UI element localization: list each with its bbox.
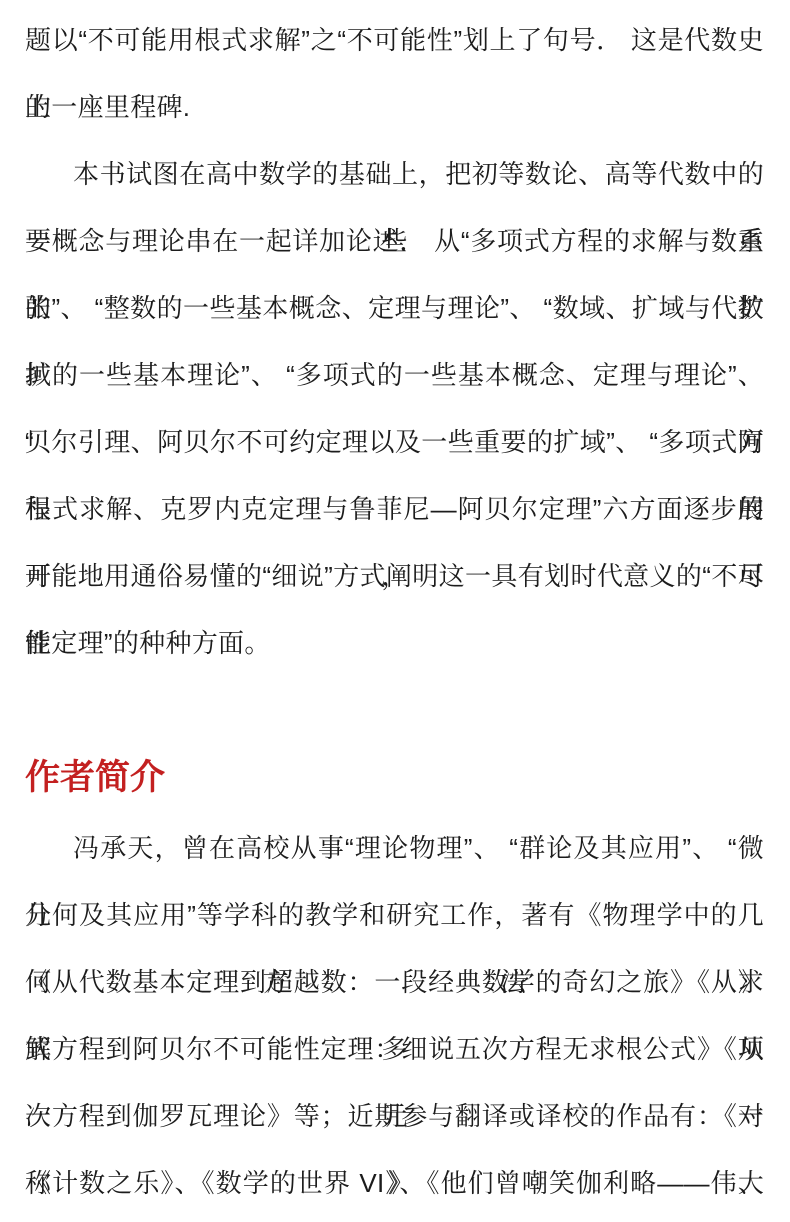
section-heading-author-intro: 作者简介	[25, 753, 764, 803]
body-text-line: 几何及其应用”等学科的教学和研究工作，著有《物理学中的几何方法》	[25, 882, 764, 949]
paragraph-author-bio: 冯承天，曾在高校从事“理论物理”、 “群论及其应用”、 “微分 几何及其应用”等…	[25, 815, 764, 1217]
body-text-line: 要概念与理论串在一起详加论述． 从“多项式方程的求解与数系的扩	[25, 208, 764, 275]
body-text-line: 《计数之乐》、《数学的世界 VI》、《他们曾嘲笑伽利略——伟大的	[25, 1150, 764, 1217]
body-text-line: 性定理”的种种方面。	[25, 610, 764, 677]
body-text-line: 的一座里程碑.	[25, 74, 764, 141]
body-text-line: 根式求解、克罗内克定理与鲁菲尼—阿贝尔定理”六方面逐步展开，尽	[25, 476, 764, 543]
body-text-line: 域的一些基本理论”、 “多项式的一些基本概念、定理与理论”、 “阿	[25, 342, 764, 409]
body-text-line: 贝尔引理、阿贝尔不可约定理以及一些重要的扩域”、 “多项式方程的	[25, 409, 764, 476]
paragraph-book-overview: 本书试图在高中数学的基础上，把初等数论、高等代数中的一些重 要概念与理论串在一起…	[25, 141, 764, 677]
body-text-line: 冯承天，曾在高校从事“理论物理”、 “群论及其应用”、 “微分	[25, 815, 764, 882]
body-text-line: 题以“不可能用根式求解”之“不可能性”划上了句号． 这是代数史上	[25, 7, 764, 74]
body-text-line: 张”、 “整数的一些基本概念、定理与理论”、 “数域、扩域与代数扩	[25, 275, 764, 342]
body-text-line: 《从代数基本定理到超越数：一段经典数学的奇幻之旅》《从求解多项	[25, 949, 764, 1016]
document-page: 题以“不可能用根式求解”之“不可能性”划上了句号． 这是代数史上 的一座里程碑.…	[0, 0, 790, 1222]
body-text-line: 次方程到伽罗瓦理论》等；近期参与翻译或译校的作品有：《对称》、	[25, 1083, 764, 1150]
body-text-line: 本书试图在高中数学的基础上，把初等数论、高等代数中的一些重	[25, 141, 764, 208]
paragraph-intro-end: 题以“不可能用根式求解”之“不可能性”划上了句号． 这是代数史上 的一座里程碑.	[25, 7, 764, 141]
body-text-line: 式方程到阿贝尔不可能性定理：细说五次方程无求根公式》《从一元一	[25, 1016, 764, 1083]
body-text-line: 可能地用通俗易懂的“细说”方式阐明这一具有划时代意义的“不可能	[25, 543, 764, 610]
